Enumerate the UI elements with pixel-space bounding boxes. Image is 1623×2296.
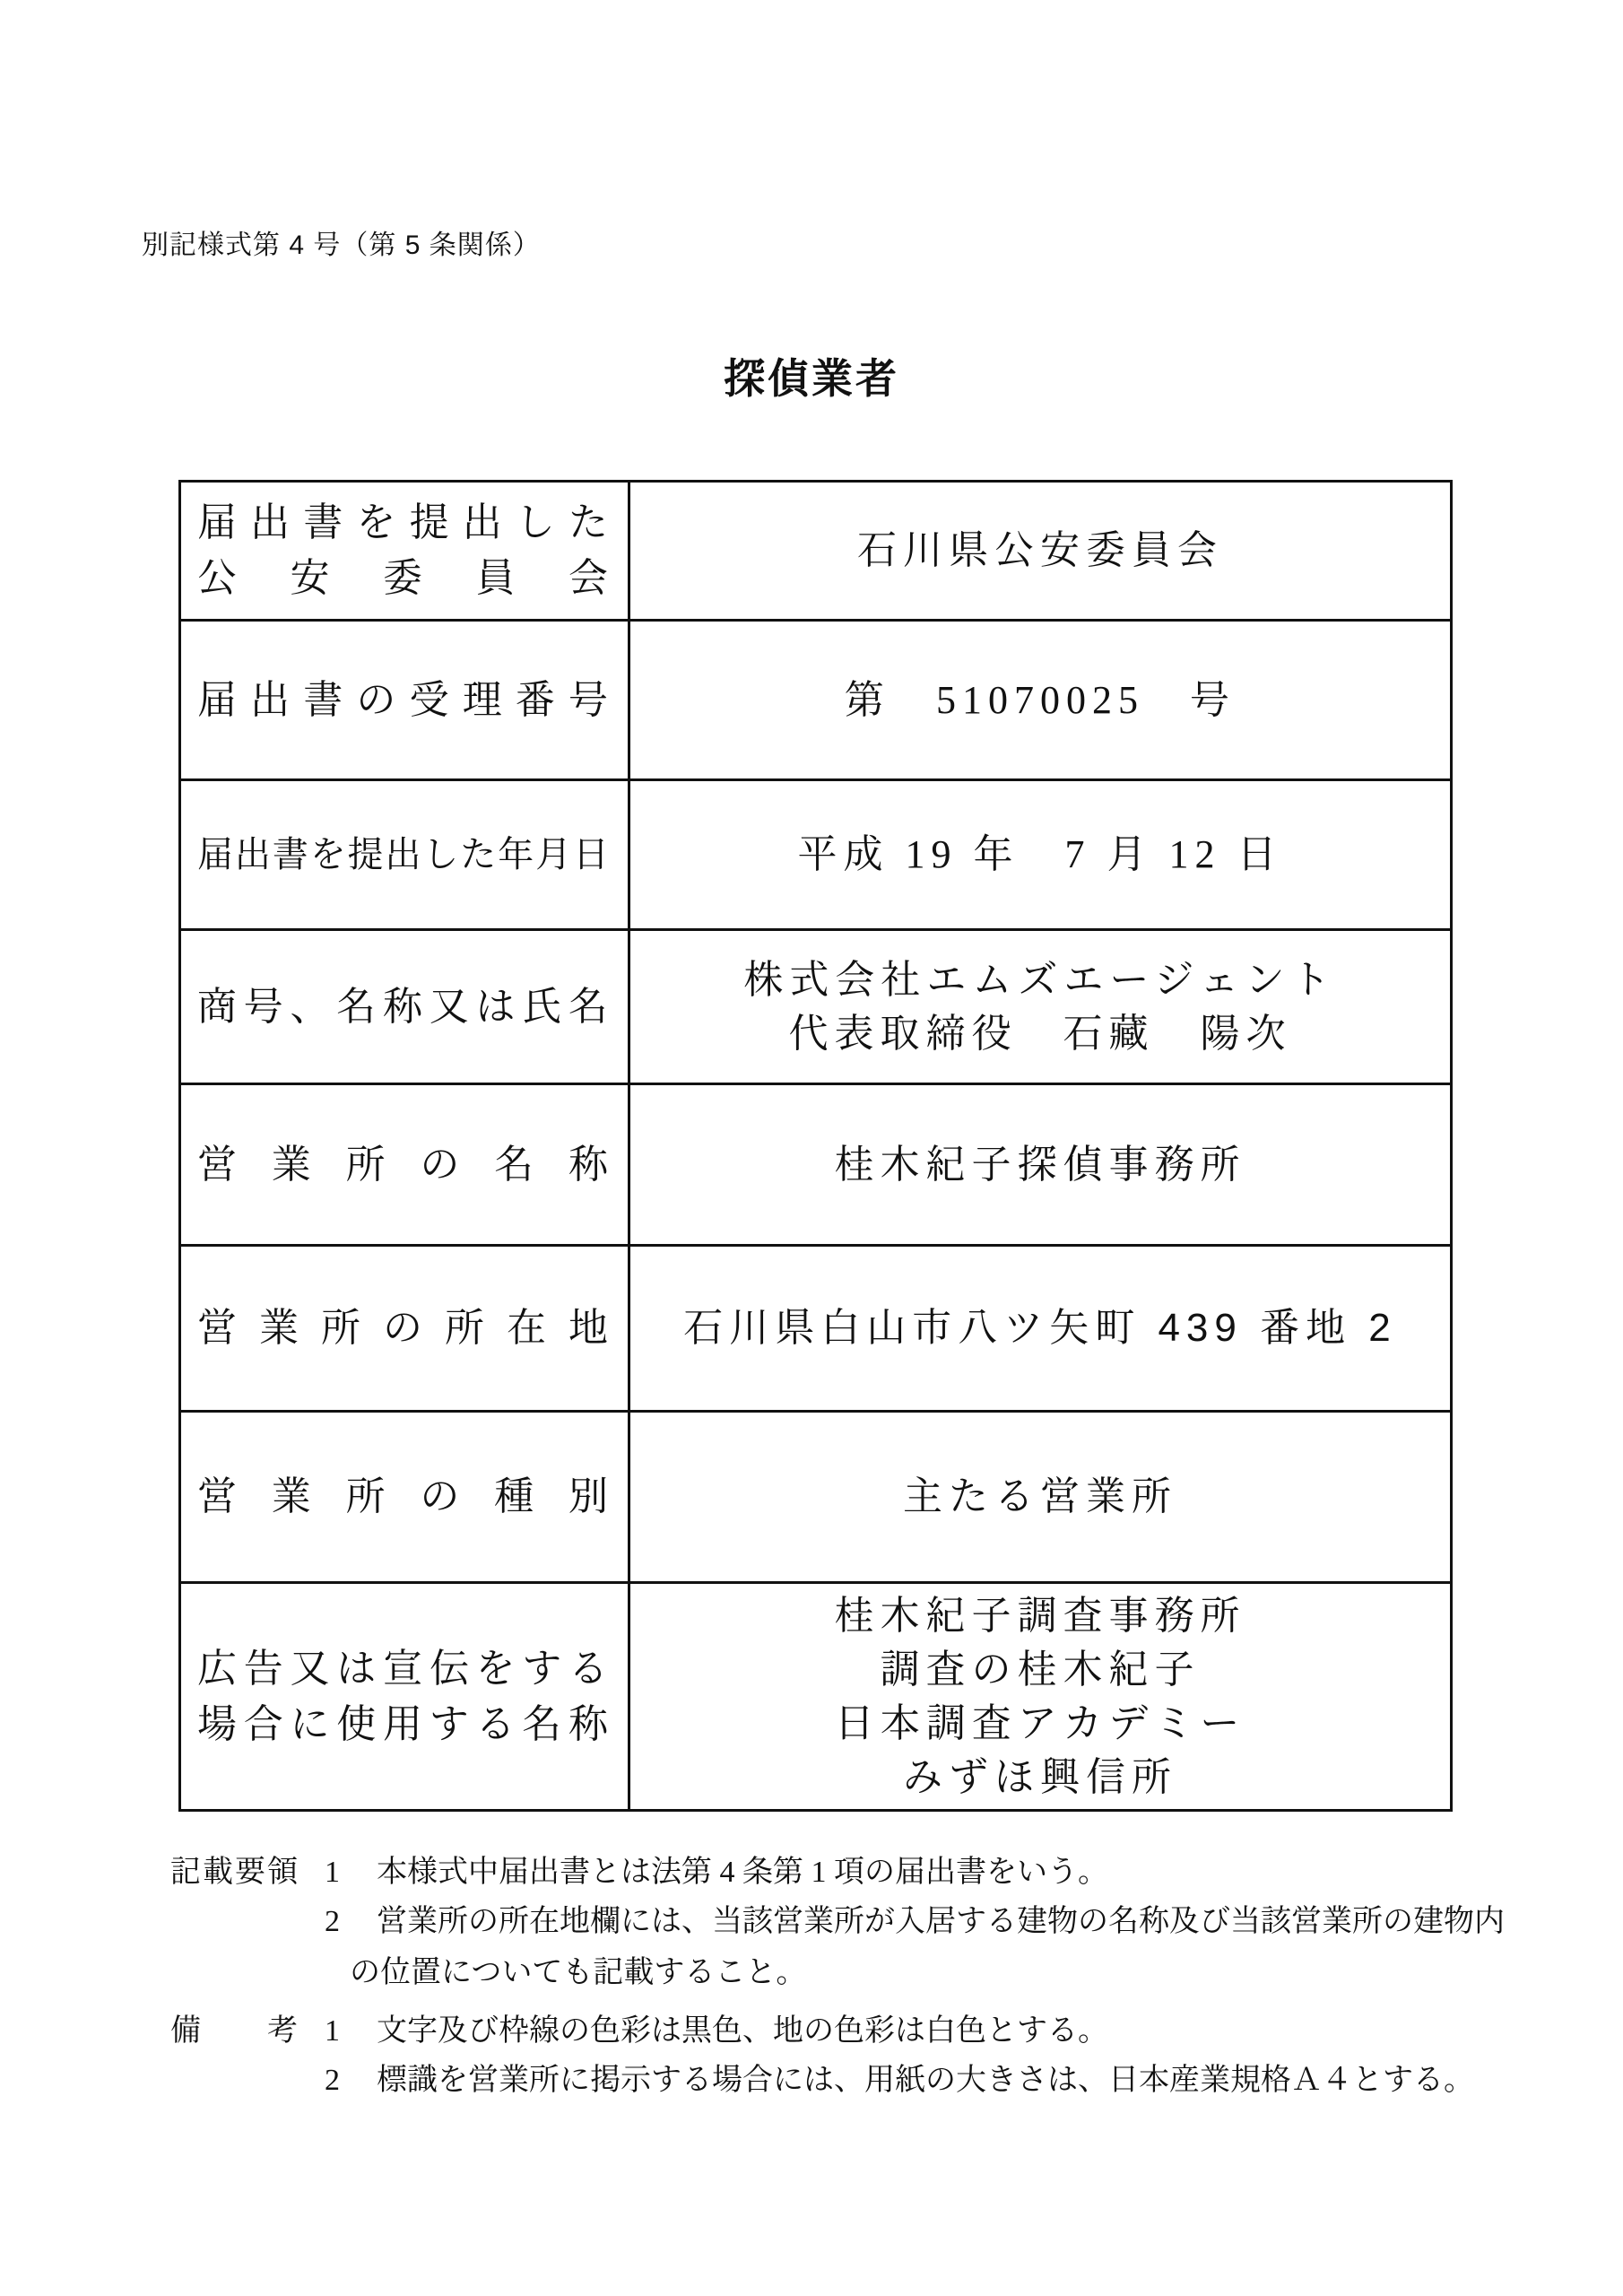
note-number: 1	[325, 1851, 377, 1894]
note-number: 2	[325, 1900, 377, 1944]
row-value-line: 調査の桂木紀子	[630, 1643, 1450, 1697]
table-row-submission-date: 届出書を提出した年月日 平成 19 年 7 月 12 日	[181, 778, 1450, 928]
row-label: 営業所の種別	[181, 1413, 630, 1581]
row-label: 営業所の所在地	[181, 1247, 630, 1410]
row-value-line: 桂木紀子調査事務所	[630, 1589, 1450, 1643]
table-row-trade-name: 商号、名称又は氏名 株式会社エムズエージェント 代表取締役 石藏 陽次	[181, 928, 1450, 1083]
note-number: 1	[325, 2010, 377, 2053]
row-value-line: 桂木紀子探偵事務所	[630, 1138, 1450, 1192]
note-text: 標識を営業所に掲示する場合には、用紙の大きさは、日本産業規格Ａ４とする。	[377, 2064, 1474, 2097]
row-value: 石川県公安委員会	[630, 483, 1450, 619]
row-label: 届出書を提出した 公安委員会	[181, 483, 630, 619]
notes-heading: 記載要領	[170, 1851, 325, 1894]
note-text: 文字及び枠線の色彩は黒色、地の色彩は白色とする。	[377, 2014, 1108, 2048]
row-value: 桂木紀子探偵事務所	[630, 1085, 1450, 1244]
document-page: 別記様式第 4 号（第 5 条関係） 探偵業者 届出書を提出した 公安委員会 石…	[0, 0, 1623, 2296]
row-value-line: 主たる営業所	[630, 1470, 1450, 1524]
row-label-line: 営業所の名称	[197, 1137, 608, 1193]
table-row-pscommission: 届出書を提出した 公安委員会 石川県公安委員会	[181, 483, 1450, 619]
row-label-line: 広告又は宣伝をする	[197, 1641, 608, 1697]
note-line: 記載要領1本様式中届出書とは法第 4 条第 1 項の届出書をいう。	[170, 1851, 1108, 1894]
note-line: 2標識を営業所に掲示する場合には、用紙の大きさは、日本産業規格Ａ４とする。	[170, 2059, 1474, 2102]
page-title: 探偵業者	[0, 352, 1623, 405]
note-line: 備 考1文字及び枠線の色彩は黒色、地の色彩は白色とする。	[170, 2010, 1108, 2053]
row-label: 営業所の名称	[181, 1085, 630, 1244]
notes-heading: 備 考	[170, 2010, 325, 2053]
row-value: 桂木紀子調査事務所 調査の桂木紀子 日本調査アカデミー みずほ興信所	[630, 1584, 1450, 1809]
row-label: 届出書を提出した年月日	[181, 781, 630, 928]
row-label-line: 公安委員会	[197, 551, 608, 606]
row-label-line: 場合に使用する名称	[197, 1697, 608, 1752]
table-row-receipt-number: 届出書の受理番号 第 51070025 号	[181, 619, 1450, 778]
table-row-office-address: 営業所の所在地 石川県白山市八ツ矢町 439 番地 2	[181, 1244, 1450, 1410]
note-text: 営業所の所在地欄には、当該営業所が入居する建物の名称及び当該営業所の建物内	[377, 1905, 1505, 1938]
row-label-line: 届出書の受理番号	[197, 673, 608, 728]
row-label-line: 営業所の種別	[197, 1469, 608, 1525]
row-label: 商号、名称又は氏名	[181, 931, 630, 1083]
table-row-office-type: 営業所の種別 主たる営業所	[181, 1410, 1450, 1581]
row-value: 第 51070025 号	[630, 622, 1450, 778]
row-value-line: 株式会社エムズエージェント	[630, 953, 1450, 1007]
row-value-line: 石川県白山市八ツ矢町 439 番地 2	[630, 1301, 1450, 1355]
note-line: 2営業所の所在地欄には、当該営業所が入居する建物の名称及び当該営業所の建物内	[170, 1900, 1505, 1944]
row-value: 株式会社エムズエージェント 代表取締役 石藏 陽次	[630, 931, 1450, 1083]
row-value-line: 第 51070025 号	[630, 674, 1450, 727]
row-value: 平成 19 年 7 月 12 日	[630, 781, 1450, 928]
row-label-line: 商号、名称又は氏名	[197, 979, 608, 1035]
row-value-line: みずほ興信所	[630, 1751, 1450, 1805]
row-label-line: 営業所の所在地	[197, 1300, 608, 1356]
row-value-line: 平成 19 年 7 月 12 日	[630, 828, 1450, 882]
row-value-line: 代表取締役 石藏 陽次	[630, 1007, 1450, 1061]
note-line: の位置についても記載すること。	[350, 1952, 806, 1995]
row-label: 広告又は宣伝をする 場合に使用する名称	[181, 1584, 630, 1809]
row-value: 主たる営業所	[630, 1413, 1450, 1581]
note-text-continuation: の位置についても記載すること。	[350, 1956, 806, 1989]
note-number: 2	[325, 2059, 377, 2102]
row-label-line: 届出書を提出した	[197, 495, 608, 551]
row-label-line: 届出書を提出した年月日	[197, 827, 608, 883]
registration-table: 届出書を提出した 公安委員会 石川県公安委員会 届出書の受理番号 第 51070…	[178, 480, 1453, 1812]
table-row-office-name: 営業所の名称 桂木紀子探偵事務所	[181, 1083, 1450, 1244]
row-value: 石川県白山市八ツ矢町 439 番地 2	[630, 1247, 1450, 1410]
form-number: 別記様式第 4 号（第 5 条関係）	[142, 226, 541, 265]
row-value-line: 日本調査アカデミー	[630, 1697, 1450, 1751]
row-value-line: 石川県公安委員会	[630, 524, 1450, 578]
note-text: 本様式中届出書とは法第 4 条第 1 項の届出書をいう。	[377, 1856, 1108, 1889]
row-label: 届出書の受理番号	[181, 622, 630, 778]
table-row-advertising-names: 広告又は宣伝をする 場合に使用する名称 桂木紀子調査事務所 調査の桂木紀子 日本…	[181, 1581, 1450, 1809]
